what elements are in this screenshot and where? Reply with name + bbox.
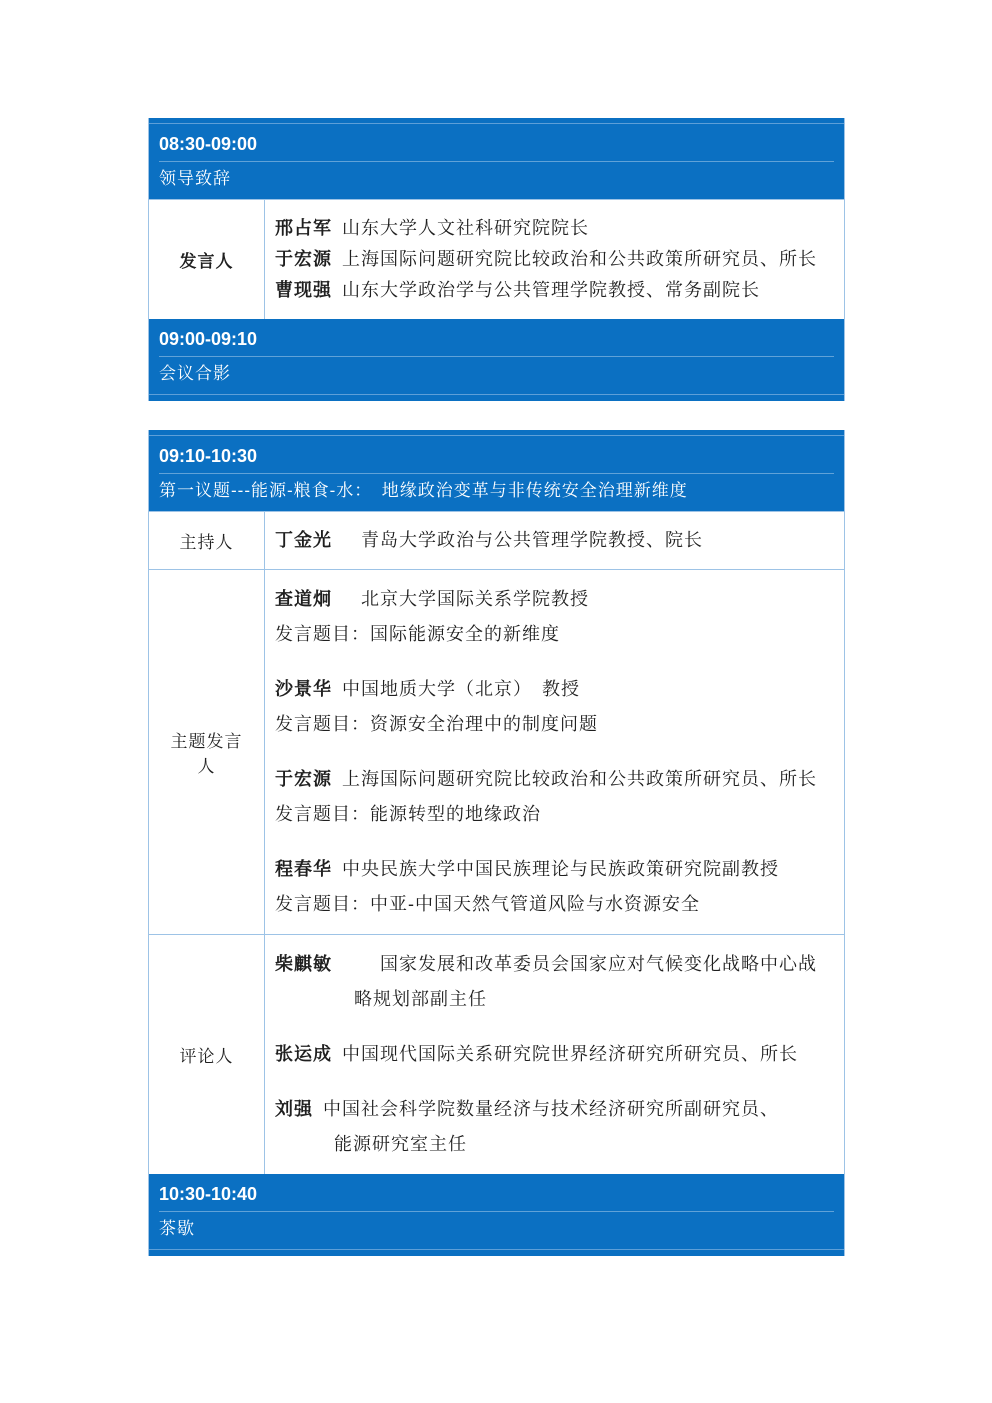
session-time: 09:00-09:10 [159, 327, 834, 357]
speaker-name: 查道炯 [275, 589, 332, 609]
affiliation-continuation: 能源研究室主任 [275, 1127, 836, 1162]
speaker-name: 张运成 [275, 1044, 332, 1064]
role-label-cell: 评论人 [149, 935, 265, 1174]
host-cell: 丁金光 青岛大学政治与公共管理学院教授、院长 [265, 512, 844, 569]
speaker-affiliation: 中国地质大学（北京） 教授 [342, 679, 580, 699]
speaker-entry: 于宏源上海国际问题研究院比较政治和公共政策所研究员、所长 [275, 244, 836, 275]
role-label: 主持人 [180, 528, 234, 553]
talk-topic: 发言题目：中亚-中国天然气管道风险与水资源安全 [275, 887, 836, 922]
session-time: 10:30-10:40 [159, 1182, 834, 1212]
commentator-row: 评论人 柴麒敏 国家发展和改革委员会国家应对气候变化战略中心战 略规划部副主任 … [149, 934, 844, 1174]
speaker-entry: 邢占军山东大学人文社科研究院院长 [275, 213, 836, 244]
blue-strip [149, 1249, 844, 1256]
speaker-name: 刘强 [275, 1099, 313, 1119]
agenda-table-1: 08:30-09:00 领导致辞 发言人 邢占军山东大学人文社科研究院院长 于宏… [148, 118, 845, 401]
speaker-name: 丁金光 [275, 530, 332, 550]
speaker-affiliation: 上海国际问题研究院比较政治和公共政策所研究员、所长 [342, 249, 817, 269]
speaker-name: 沙景华 [275, 679, 332, 699]
session-time: 08:30-09:00 [159, 132, 834, 162]
speaker-name: 曹现强 [275, 280, 332, 300]
speaker-affiliation: 山东大学政治学与公共管理学院教授、常务副院长 [342, 280, 760, 300]
role-label: 主题发言人 [169, 727, 245, 777]
talk-topic: 发言题目：能源转型的地缘政治 [275, 797, 836, 832]
session-title: 第一议题---能源-粮食-水： 地缘政治变革与非传统安全治理新维度 [159, 474, 834, 503]
blue-strip [149, 394, 844, 401]
speaker-affiliation: 中国社会科学院数量经济与技术经济研究所副研究员、 [323, 1099, 779, 1119]
session-header-photo: 09:00-09:10 会议合影 [149, 319, 844, 394]
affiliation-continuation: 略规划部副主任 [275, 982, 836, 1017]
table-gap [148, 401, 845, 430]
speaker-affiliation: 国家发展和改革委员会国家应对气候变化战略中心战 [342, 954, 817, 974]
speaker-affiliation: 青岛大学政治与公共管理学院教授、院长 [342, 530, 703, 550]
session-header-topic1: 09:10-10:30 第一议题---能源-粮食-水： 地缘政治变革与非传统安全… [149, 436, 844, 511]
role-label-cell: 发言人 [149, 200, 265, 319]
speakers-cell: 邢占军山东大学人文社科研究院院长 于宏源上海国际问题研究院比较政治和公共政策所研… [265, 200, 844, 319]
session-header-opening: 08:30-09:00 领导致辞 [149, 124, 844, 199]
speaker-entry: 查道炯 北京大学国际关系学院教授 发言题目：国际能源安全的新维度 [275, 582, 836, 652]
talk-topic: 发言题目：资源安全治理中的制度问题 [275, 707, 836, 742]
session-title: 茶歇 [159, 1212, 834, 1241]
role-label-cell: 主题发言人 [149, 570, 265, 934]
host-row: 主持人 丁金光 青岛大学政治与公共管理学院教授、院长 [149, 511, 844, 569]
speaker-entry: 于宏源上海国际问题研究院比较政治和公共政策所研究员、所长 发言题目：能源转型的地… [275, 762, 836, 832]
speaker-entry: 程春华中央民族大学中国民族理论与民族政策研究院副教授 发言题目：中亚-中国天然气… [275, 852, 836, 922]
speaker-entry: 张运成中国现代国际关系研究院世界经济研究所研究员、所长 [275, 1037, 836, 1072]
role-label: 评论人 [180, 1042, 234, 1067]
commentator-cell: 柴麒敏 国家发展和改革委员会国家应对气候变化战略中心战 略规划部副主任 张运成中… [265, 935, 844, 1174]
speaker-affiliation: 山东大学人文社科研究院院长 [342, 218, 589, 238]
speakers-row: 发言人 邢占军山东大学人文社科研究院院长 于宏源上海国际问题研究院比较政治和公共… [149, 199, 844, 319]
session-header-teabreak: 10:30-10:40 茶歇 [149, 1174, 844, 1249]
speaker-name: 于宏源 [275, 249, 332, 269]
session-title: 领导致辞 [159, 162, 834, 191]
speaker-entry: 沙景华中国地质大学（北京） 教授 发言题目：资源安全治理中的制度问题 [275, 672, 836, 742]
speaker-affiliation: 中国现代国际关系研究院世界经济研究所研究员、所长 [342, 1044, 798, 1064]
keynote-cell: 查道炯 北京大学国际关系学院教授 发言题目：国际能源安全的新维度 沙景华中国地质… [265, 570, 844, 934]
speaker-name: 于宏源 [275, 769, 332, 789]
keynote-row: 主题发言人 查道炯 北京大学国际关系学院教授 发言题目：国际能源安全的新维度 沙… [149, 569, 844, 934]
agenda-document-page: 08:30-09:00 领导致辞 发言人 邢占军山东大学人文社科研究院院长 于宏… [0, 0, 992, 1403]
session-title: 会议合影 [159, 357, 834, 386]
speaker-affiliation: 中央民族大学中国民族理论与民族政策研究院副教授 [342, 859, 779, 879]
speaker-name: 邢占军 [275, 218, 332, 238]
role-label-cell: 主持人 [149, 512, 265, 569]
speaker-name: 程春华 [275, 859, 332, 879]
speaker-affiliation: 北京大学国际关系学院教授 [342, 589, 589, 609]
speaker-affiliation: 上海国际问题研究院比较政治和公共政策所研究员、所长 [342, 769, 817, 789]
speaker-entry: 曹现强山东大学政治学与公共管理学院教授、常务副院长 [275, 275, 836, 306]
agenda-document: 08:30-09:00 领导致辞 发言人 邢占军山东大学人文社科研究院院长 于宏… [148, 118, 845, 1256]
role-label: 发言人 [180, 247, 234, 272]
speaker-entry: 刘强中国社会科学院数量经济与技术经济研究所副研究员、 能源研究室主任 [275, 1092, 836, 1162]
agenda-table-2: 09:10-10:30 第一议题---能源-粮食-水： 地缘政治变革与非传统安全… [148, 430, 845, 1256]
speaker-name: 柴麒敏 [275, 954, 332, 974]
speaker-entry: 丁金光 青岛大学政治与公共管理学院教授、院长 [275, 523, 836, 558]
session-time: 09:10-10:30 [159, 444, 834, 474]
talk-topic: 发言题目：国际能源安全的新维度 [275, 617, 836, 652]
speaker-entry: 柴麒敏 国家发展和改革委员会国家应对气候变化战略中心战 略规划部副主任 [275, 947, 836, 1017]
